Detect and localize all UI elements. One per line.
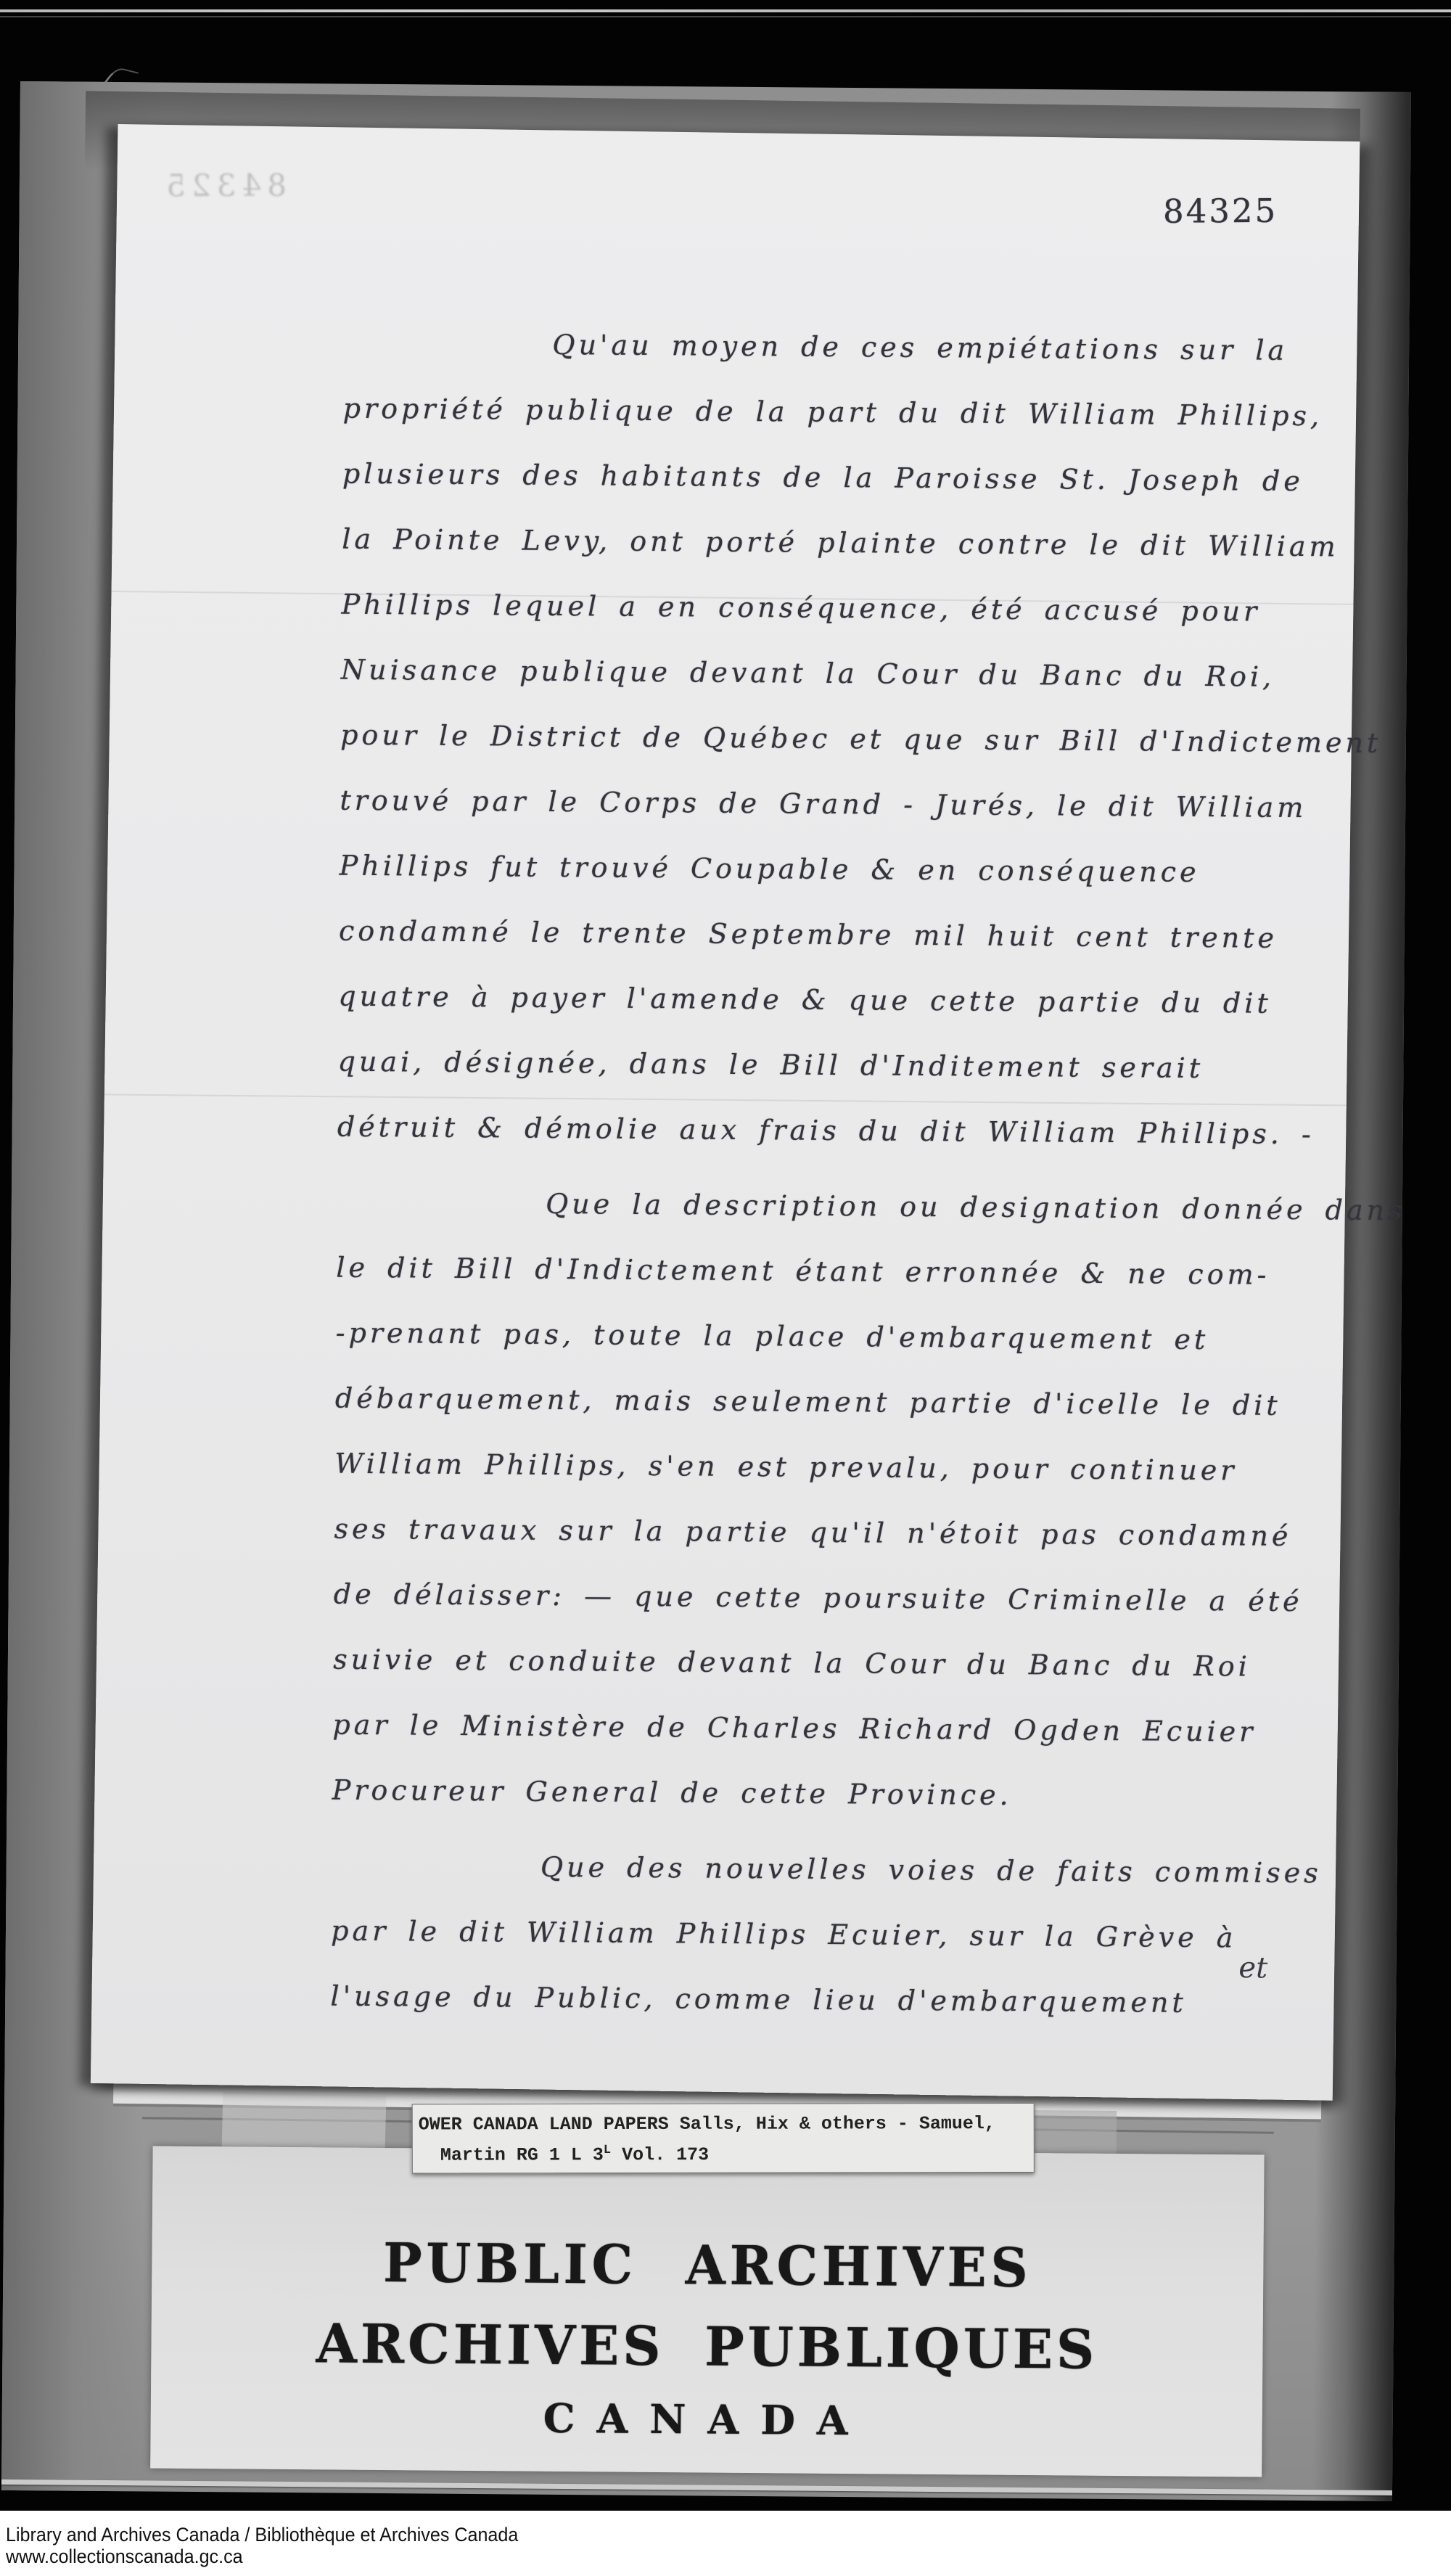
manuscript-line: suivie et conduite devant la Cour du Ban… (333, 1627, 1338, 1700)
reference-label-line-2-suffix: Vol. 173 (611, 2144, 709, 2165)
film-scratch-line (0, 9, 1451, 12)
manuscript-line: Qu'au moyen de ces empiétations sur la (343, 311, 1348, 384)
manuscript-line: Nuisance publique devant la Cour du Banc… (341, 637, 1346, 710)
manuscript-page: 84325 84325 Qu'au moyen de ces empiétati… (91, 124, 1360, 2101)
manuscript-line: débarquement, mais seulement partie d'ic… (335, 1366, 1340, 1439)
footer-institution-text: Library and Archives Canada / Bibliothèq… (6, 2524, 518, 2546)
manuscript-line: Que des nouvelles voies de faits commise… (332, 1833, 1336, 1906)
manuscript-line: propriété publique de la part du dit Wil… (342, 376, 1347, 449)
archive-stamp-line-1: PUBLIC ARCHIVES (174, 2231, 1241, 2302)
manuscript-line: quai, désignée, dans le Bill d'Inditemen… (337, 1029, 1342, 1102)
microfilm-backing: 84325 84325 Qu'au moyen de ces empiétati… (1, 81, 1411, 2501)
manuscript-line: plusieurs des habitants de la Paroisse S… (342, 441, 1347, 514)
paragraph-3: Que des nouvelles voies de faits commise… (330, 1833, 1336, 2037)
paragraph-1: Qu'au moyen de ces empiétations sur la p… (337, 311, 1348, 1168)
manuscript-line: par le Ministère de Charles Richard Ogde… (332, 1692, 1337, 1765)
manuscript-line: le dit Bill d'Indictement étant erronnée… (336, 1235, 1341, 1308)
reference-label-superscript: L (604, 2144, 611, 2157)
manuscript-line: trouvé par le Corps de Grand - Jurés, le… (340, 768, 1344, 841)
lac-footer-bar: Library and Archives Canada / Bibliothèq… (0, 2511, 1451, 2576)
catchword: et (1166, 1950, 1268, 1985)
manuscript-line: Phillips fut trouvé Coupable & en conséq… (339, 833, 1344, 906)
handwritten-text-block: Qu'au moyen de ces empiétations sur la p… (330, 311, 1348, 2037)
manuscript-line: pour le District de Québec et que sur Bi… (340, 702, 1345, 776)
public-archives-stamp-card: PUBLIC ARCHIVES ARCHIVES PUBLIQUES CANAD… (150, 2146, 1264, 2477)
reference-label-line-2-prefix: Martin RG 1 L 3 (440, 2144, 604, 2165)
manuscript-line: Procureur General de cette Province. (332, 1757, 1336, 1831)
footer-website-text: www.collectionscanada.gc.ca (6, 2546, 243, 2568)
typed-reference-label: OWER CANADA LAND PAPERS Salls, Hix & oth… (412, 2103, 1035, 2173)
manuscript-line: quatre à payer l'amende & que cette part… (338, 964, 1343, 1037)
manuscript-line: Que la description ou designation donnée… (337, 1170, 1341, 1243)
scanned-archive-document: { "page_number_stamp": "84325", "bleedth… (0, 0, 1451, 2576)
manuscript-line: détruit & démolie aux frais du dit Willi… (337, 1094, 1342, 1168)
manuscript-line: ses travaux sur la partie qu'il n'étoit … (334, 1496, 1339, 1570)
archive-number-stamp: 84325 (1163, 192, 1278, 231)
archive-stamp-line-2: ARCHIVES PUBLIQUES (163, 2312, 1252, 2383)
archive-stamp-line-3: CANADA (150, 2392, 1262, 2448)
backing-bottom-edge-highlight (1, 2479, 1392, 2495)
manuscript-line: condamné le trente Septembre mil huit ce… (339, 898, 1344, 972)
manuscript-line: -prenant pas, toute la place d'embarquem… (335, 1300, 1340, 1374)
manuscript-line: la Pointe Levy, ont porté plainte contre… (342, 506, 1347, 580)
film-scratch-line-faint (0, 16, 1451, 17)
manuscript-line: de délaisser: — que cette poursuite Crim… (334, 1562, 1339, 1635)
manuscript-line: William Phillips, s'en est prevalu, pour… (334, 1431, 1339, 1504)
manuscript-line: Phillips lequel a en conséquence, été ac… (341, 572, 1346, 645)
bleedthrough-number-stamp: 84325 (160, 168, 287, 204)
reference-label-line-2: Martin RG 1 L 3L Vol. 173 (419, 2137, 1031, 2169)
reference-label-line-1: OWER CANADA LAND PAPERS Salls, Hix & oth… (419, 2111, 1031, 2138)
paragraph-2: Que la description ou designation donnée… (332, 1170, 1341, 1831)
